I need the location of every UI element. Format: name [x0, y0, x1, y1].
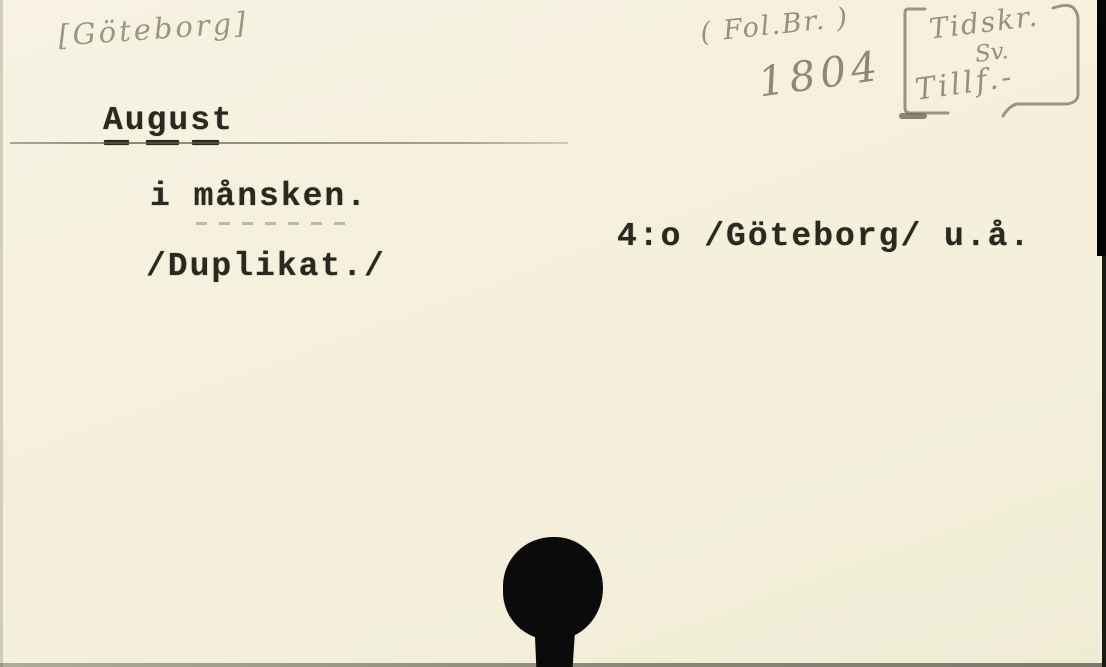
handwritten-bracket-group: Tidskr. Sv. Tillf.-: [895, 0, 1106, 140]
title-faint-underline: [196, 222, 350, 225]
handwritten-place-annotation: [Göteborg]: [57, 5, 249, 52]
duplicate-note: /Duplikat./: [146, 248, 386, 285]
handwritten-format-annotation: ( Fol.Br. ): [699, 2, 851, 48]
imprint-statement: 4:o /Göteborg/ u.å.: [617, 218, 1031, 255]
handwritten-year-annotation: 1804: [755, 42, 885, 107]
catalog-card: [Göteborg] ( Fol.Br. ) 1804 Tidskr. Sv. …: [0, 0, 1106, 667]
hole-punch-stem: [529, 618, 581, 667]
card-heading: August: [103, 102, 234, 139]
scan-right-edge-dark: [1097, 0, 1106, 256]
card-left-edge: [0, 0, 3, 667]
card-title: i månsken.: [150, 178, 368, 215]
heading-rule-line: [10, 142, 568, 144]
